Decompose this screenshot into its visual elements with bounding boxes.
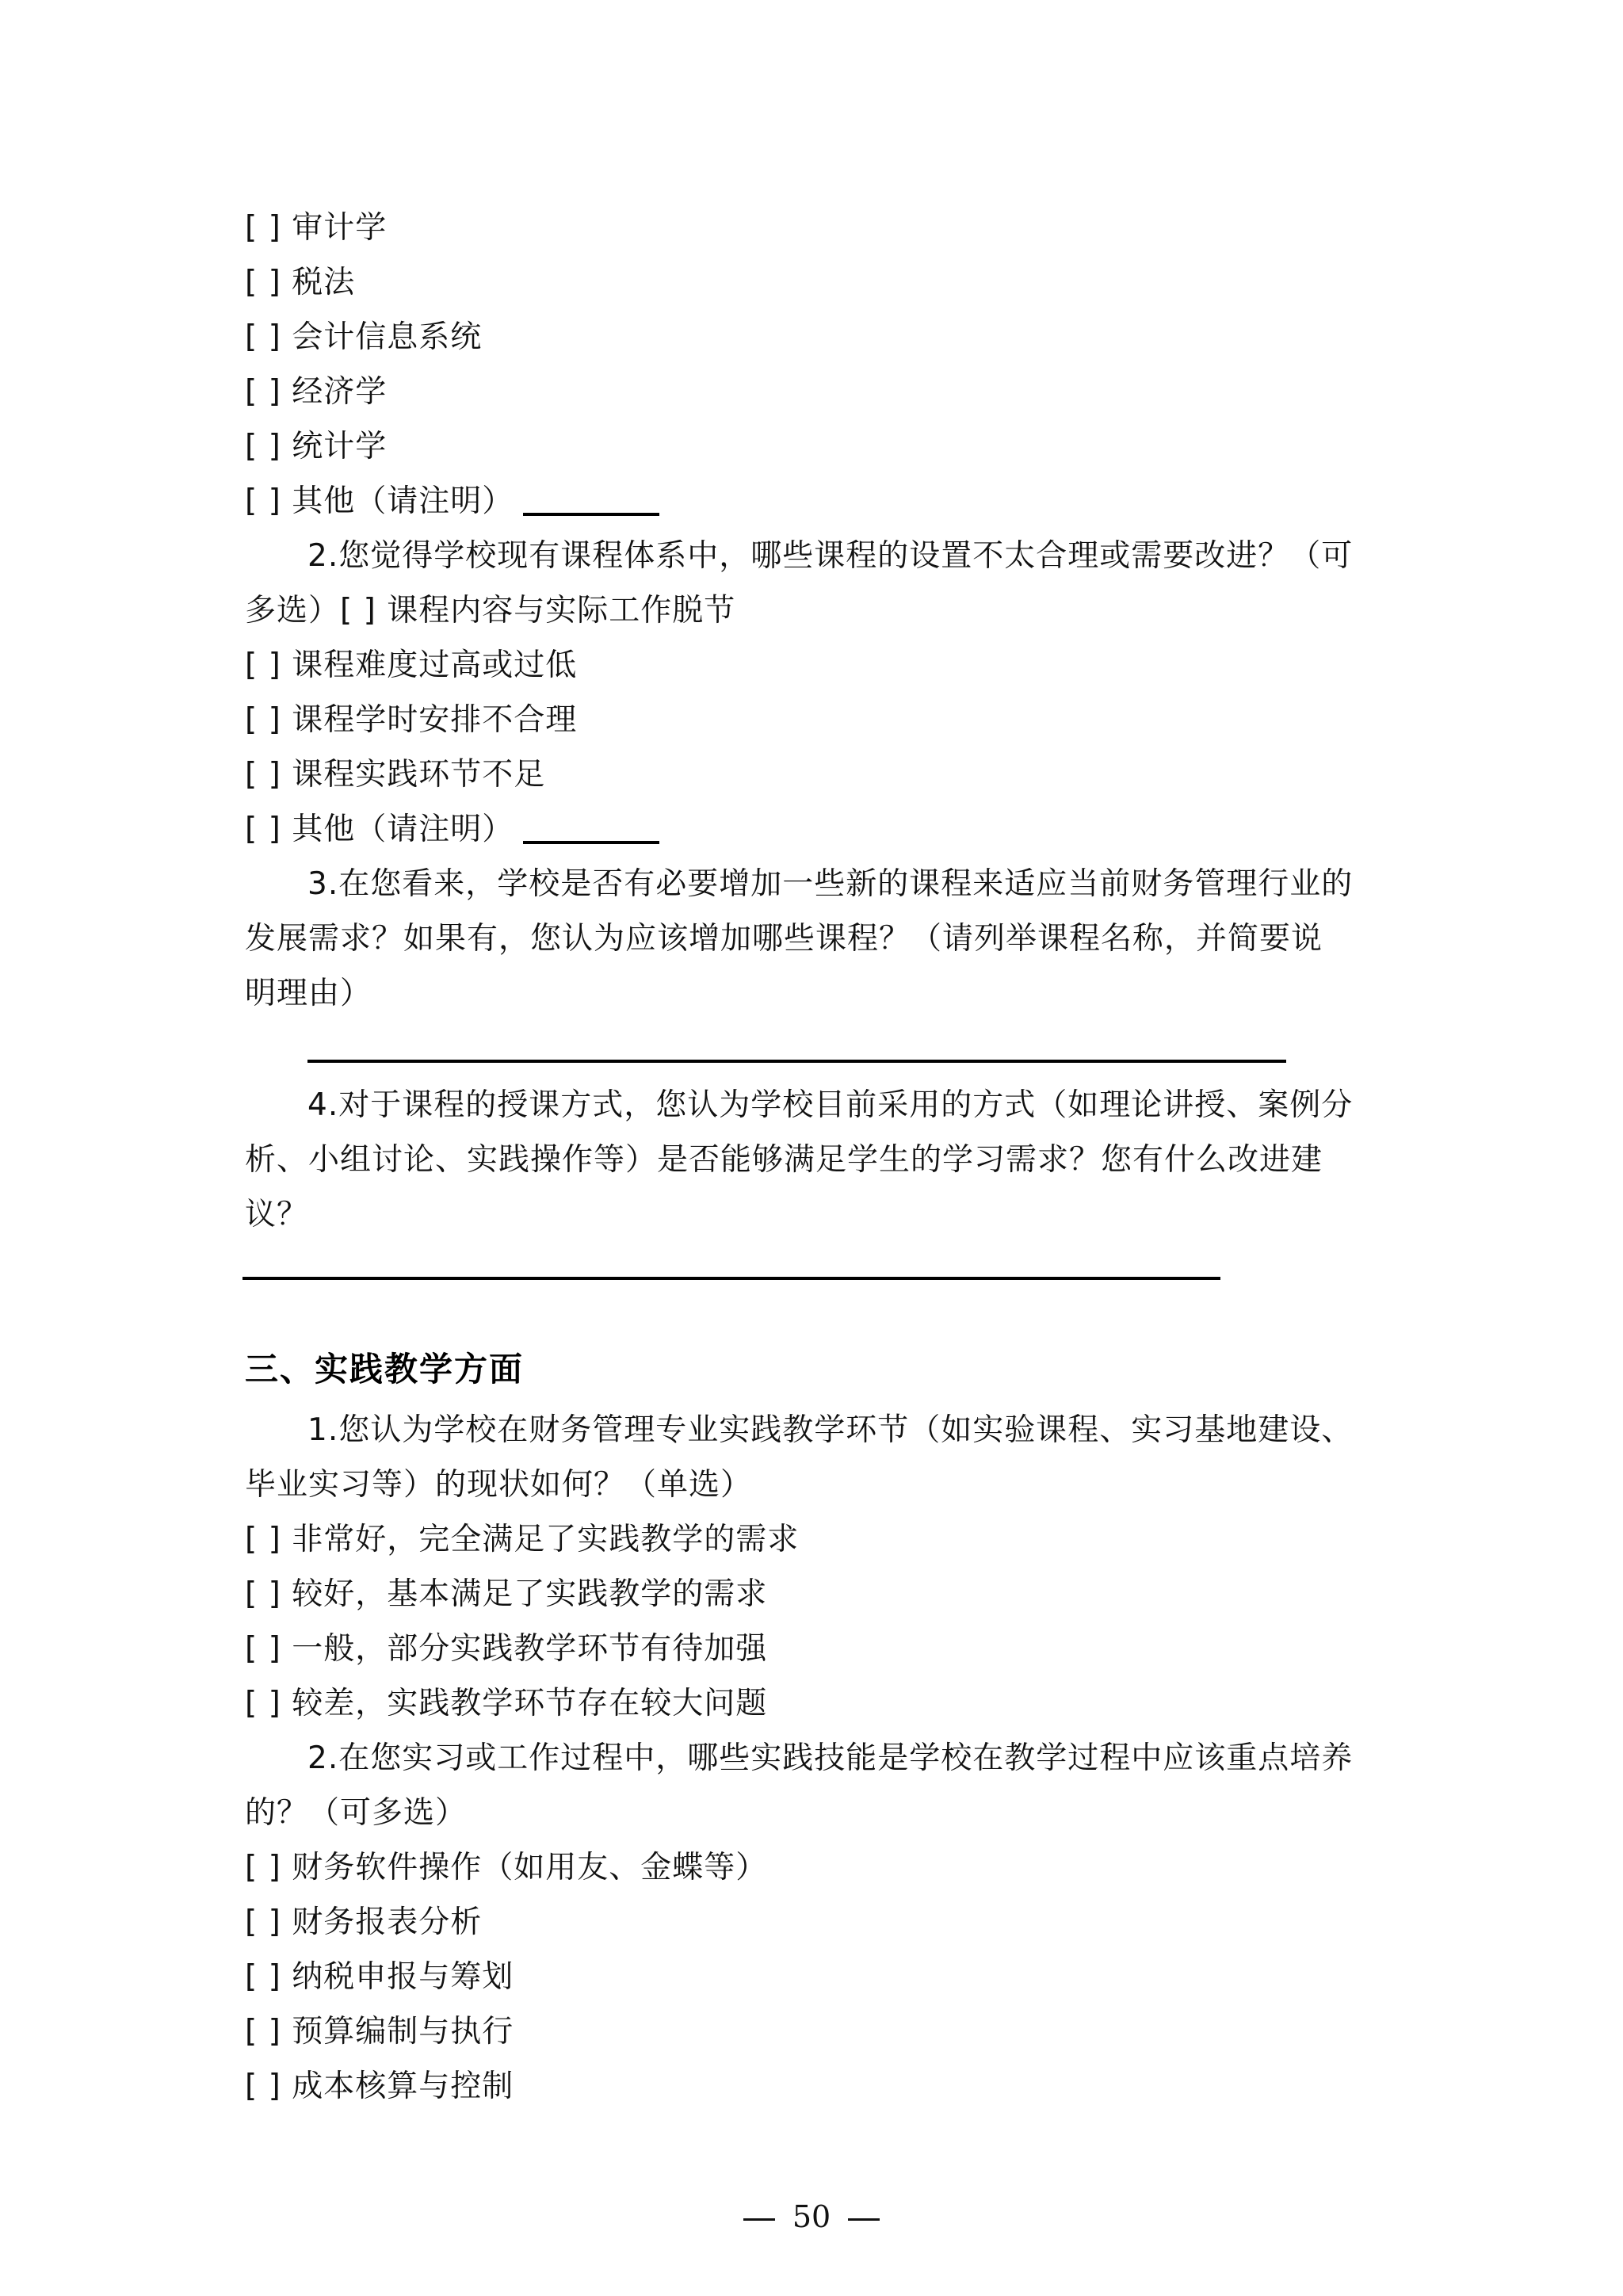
question-text: 明理由） (245, 970, 372, 1018)
checkbox-option[interactable]: [ ] 经济学 (245, 369, 387, 416)
checkbox-option[interactable]: [ ] 审计学 (245, 204, 387, 252)
question-text: 的？（可多选） (245, 1790, 467, 1837)
question-text: 3.在您看来，学校是否有必要增加一些新的课程来适应当前财务管理行业的 (307, 861, 1353, 908)
checkbox-option[interactable]: [ ] 课程实践环节不足 (245, 751, 545, 799)
question-text: 多选）[ ] 课程内容与实际工作脱节 (245, 587, 735, 635)
checkbox-option-other[interactable]: [ ] 其他（请注明） (245, 478, 659, 525)
checkbox-option-other[interactable]: [ ] 其他（请注明） (245, 806, 659, 854)
option-label: [ ] 其他（请注明） (245, 483, 514, 519)
checkbox-option[interactable]: [ ] 财务报表分析 (245, 1899, 482, 1946)
question-text: 析、小组讨论、实践操作等）是否能够满足学生的学习需求？您有什么改进建 (245, 1137, 1323, 1184)
dash-decoration (743, 2218, 775, 2221)
question-text: 1.您认为学校在财务管理专业实践教学环节（如实验课程、实习基地建设、 (307, 1407, 1353, 1454)
page-number-text: 50 (792, 2199, 831, 2234)
checkbox-option[interactable]: [ ] 纳税申报与筹划 (245, 1954, 514, 2001)
page-number: 50 (0, 2197, 1623, 2237)
answer-line[interactable] (307, 1060, 1286, 1063)
radio-option[interactable]: [ ] 较差，实践教学环节存在较大问题 (245, 1680, 767, 1728)
fill-in-blank[interactable] (523, 513, 659, 516)
section-heading: 三、实践教学方面 (245, 1346, 524, 1393)
question-text: 4.对于课程的授课方式，您认为学校目前采用的方式（如理论讲授、案例分 (307, 1082, 1353, 1129)
question-text: 发展需求？如果有，您认为应该增加哪些课程？（请列举课程名称，并简要说 (245, 915, 1323, 963)
answer-line[interactable] (242, 1277, 1220, 1280)
checkbox-option[interactable]: [ ] 统计学 (245, 423, 387, 471)
checkbox-option[interactable]: [ ] 会计信息系统 (245, 314, 482, 361)
question-text: 毕业实习等）的现状如何？（单选） (245, 1461, 752, 1509)
checkbox-option[interactable]: [ ] 课程学时安排不合理 (245, 697, 577, 744)
checkbox-option[interactable]: [ ] 成本核算与控制 (245, 2063, 514, 2111)
question-text: 2.在您实习或工作过程中，哪些实践技能是学校在教学过程中应该重点培养 (307, 1735, 1353, 1782)
dash-decoration (848, 2218, 880, 2221)
checkbox-option[interactable]: [ ] 财务软件操作（如用友、金蝶等） (245, 1844, 767, 1892)
checkbox-option[interactable]: [ ] 预算编制与执行 (245, 2008, 514, 2056)
radio-option[interactable]: [ ] 较好，基本满足了实践教学的需求 (245, 1571, 767, 1618)
question-text: 议？ (245, 1191, 308, 1239)
radio-option[interactable]: [ ] 一般，部分实践教学环节有待加强 (245, 1626, 767, 1673)
question-text: 2.您觉得学校现有课程体系中，哪些课程的设置不太合理或需要改进？（可 (307, 533, 1353, 580)
option-label: [ ] 其他（请注明） (245, 812, 514, 847)
document-page: [ ] 审计学 [ ] 税法 [ ] 会计信息系统 [ ] 经济学 [ ] 统计… (0, 0, 1623, 2296)
radio-option[interactable]: [ ] 非常好，完全满足了实践教学的需求 (245, 1516, 799, 1564)
fill-in-blank[interactable] (523, 841, 659, 844)
checkbox-option[interactable]: [ ] 课程难度过高或过低 (245, 642, 577, 690)
checkbox-option[interactable]: [ ] 税法 (245, 259, 355, 307)
